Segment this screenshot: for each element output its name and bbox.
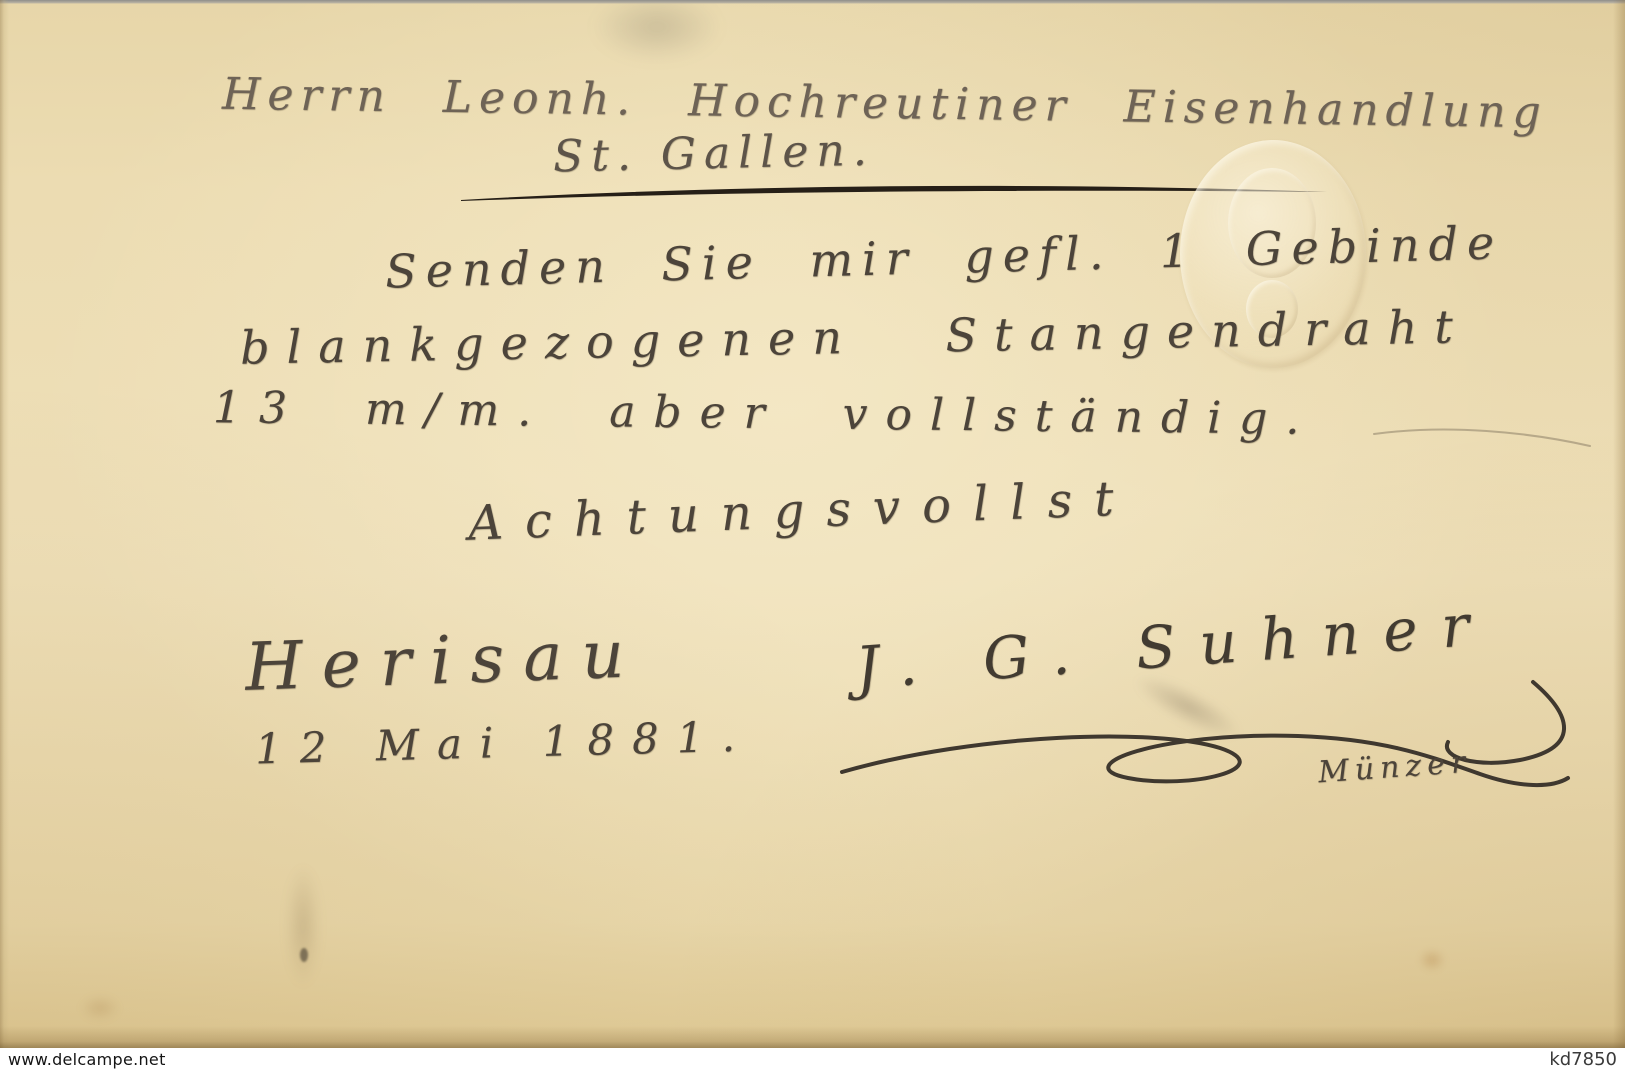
body-line: 13 m/m. aber vollständig. — [213, 382, 1318, 445]
postcard-paper: Herrn Leonh. Hochreutiner Eisenhandlung … — [0, 0, 1625, 1048]
item-code: kd7850 — [1549, 1049, 1617, 1070]
place-line: Herisau — [244, 615, 644, 706]
watermark-text: www.delcampe.net — [8, 1050, 166, 1069]
signature-flourish — [828, 678, 1588, 813]
stain — [1418, 948, 1446, 972]
pencil-mark — [1368, 420, 1598, 456]
watermark-bar: www.delcampe.net kd7850 — [0, 1048, 1625, 1072]
stain — [300, 948, 308, 962]
stain — [80, 995, 120, 1021]
address-line: Herrn Leonh. Hochreutiner Eisenhandlung — [222, 69, 1548, 139]
card-edge-right — [1613, 0, 1625, 1048]
card-edge-top — [0, 0, 1625, 4]
card-edge-bottom — [0, 1026, 1625, 1048]
stain — [592, 0, 722, 62]
date-line: 12 Mai 1881. — [254, 711, 753, 773]
closing-line: Achtungsvollst — [467, 470, 1136, 552]
scanned-postcard-image: Herrn Leonh. Hochreutiner Eisenhandlung … — [0, 0, 1625, 1072]
stain — [286, 866, 320, 986]
card-edge-left — [0, 0, 9, 1048]
